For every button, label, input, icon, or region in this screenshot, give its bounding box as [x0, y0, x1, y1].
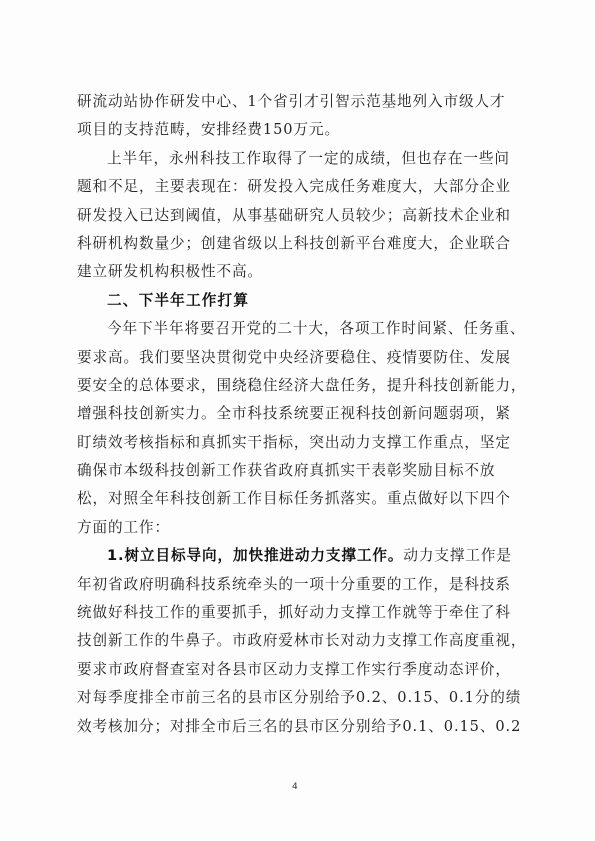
item-1-lead: 1.树立目标导向，加快推进动力支撑工作。 — [107, 547, 403, 564]
paragraph-line: 确保市本级科技创新工作获省政府真抓实干表彰奖励目标不放 — [77, 457, 517, 485]
paragraph-line: 建立研发机构积极性不高。 — [77, 258, 517, 286]
paragraph-line: 要求高。我们要坚决贯彻党中央经济要稳住、疫情要防住、发展 — [77, 344, 517, 372]
paragraph-line: 对每季度排全市前三名的县市区分别给予0.2、0.15、0.1分的绩 — [77, 684, 517, 712]
paragraph-line: 方面的工作： — [77, 514, 517, 542]
paragraph-line: 研流动站协作研发中心、1个省引才引智示范基地列入市级人才 — [77, 88, 517, 116]
paragraph-line: 要安全的总体要求，围绕稳住经济大盘任务，提升科技创新能力， — [77, 372, 517, 400]
paragraph-line: 项目的支持范畴，安排经费150万元。 — [77, 116, 517, 144]
paragraph-line: 题和不足，主要表现在：研发投入完成任务难度大，大部分企业 — [77, 173, 517, 201]
paragraph-line: 研发投入已达到阈值，从事基础研究人员较少；高新技术企业和 — [77, 202, 517, 230]
item-1-first-line-rest: 动力支撑工作是 — [403, 547, 511, 564]
section-heading: 二、下半年工作打算 — [77, 287, 517, 315]
paragraph-line: 年初省政府明确科技系统牵头的一项十分重要的工作，是科技系 — [77, 571, 517, 599]
paragraph-line: 要求市政府督查室对各县市区动力支撑工作实行季度动态评价， — [77, 656, 517, 684]
document-page: 研流动站协作研发中心、1个省引才引智示范基地列入市级人才 项目的支持范畴，安排经… — [0, 0, 595, 841]
page-number: 4 — [292, 782, 298, 792]
document-body: 研流动站协作研发中心、1个省引才引智示范基地列入市级人才 项目的支持范畴，安排经… — [77, 88, 517, 741]
paragraph-line: 效考核加分；对排全市后三名的县市区分别给予0.1、0.15、0.2 — [77, 713, 517, 741]
paragraph-line: 盯绩效考核指标和真抓实干指标，突出动力支撑工作重点，坚定 — [77, 429, 517, 457]
paragraph-line: 上半年，永州科技工作取得了一定的成绩，但也存在一些问 — [77, 145, 517, 173]
paragraph-line: 增强科技创新实力。全市科技系统要正视科技创新问题弱项，紧 — [77, 400, 517, 428]
paragraph-line: 松，对照全年科技创新工作目标任务抓落实。重点做好以下四个 — [77, 485, 517, 513]
paragraph-line: 技创新工作的牛鼻子。市政府爱林市长对动力支撑工作高度重视， — [77, 627, 517, 655]
paragraph-line: 统做好科技工作的重要抓手，抓好动力支撑工作就等于牵住了科 — [77, 599, 517, 627]
paragraph-line: 科研机构数量少；创建省级以上科技创新平台难度大，企业联合 — [77, 230, 517, 258]
item-1-first-line: 1.树立目标导向，加快推进动力支撑工作。动力支撑工作是 — [77, 542, 517, 570]
paragraph-line: 今年下半年将要召开党的二十大，各项工作时间紧、任务重、 — [77, 315, 517, 343]
